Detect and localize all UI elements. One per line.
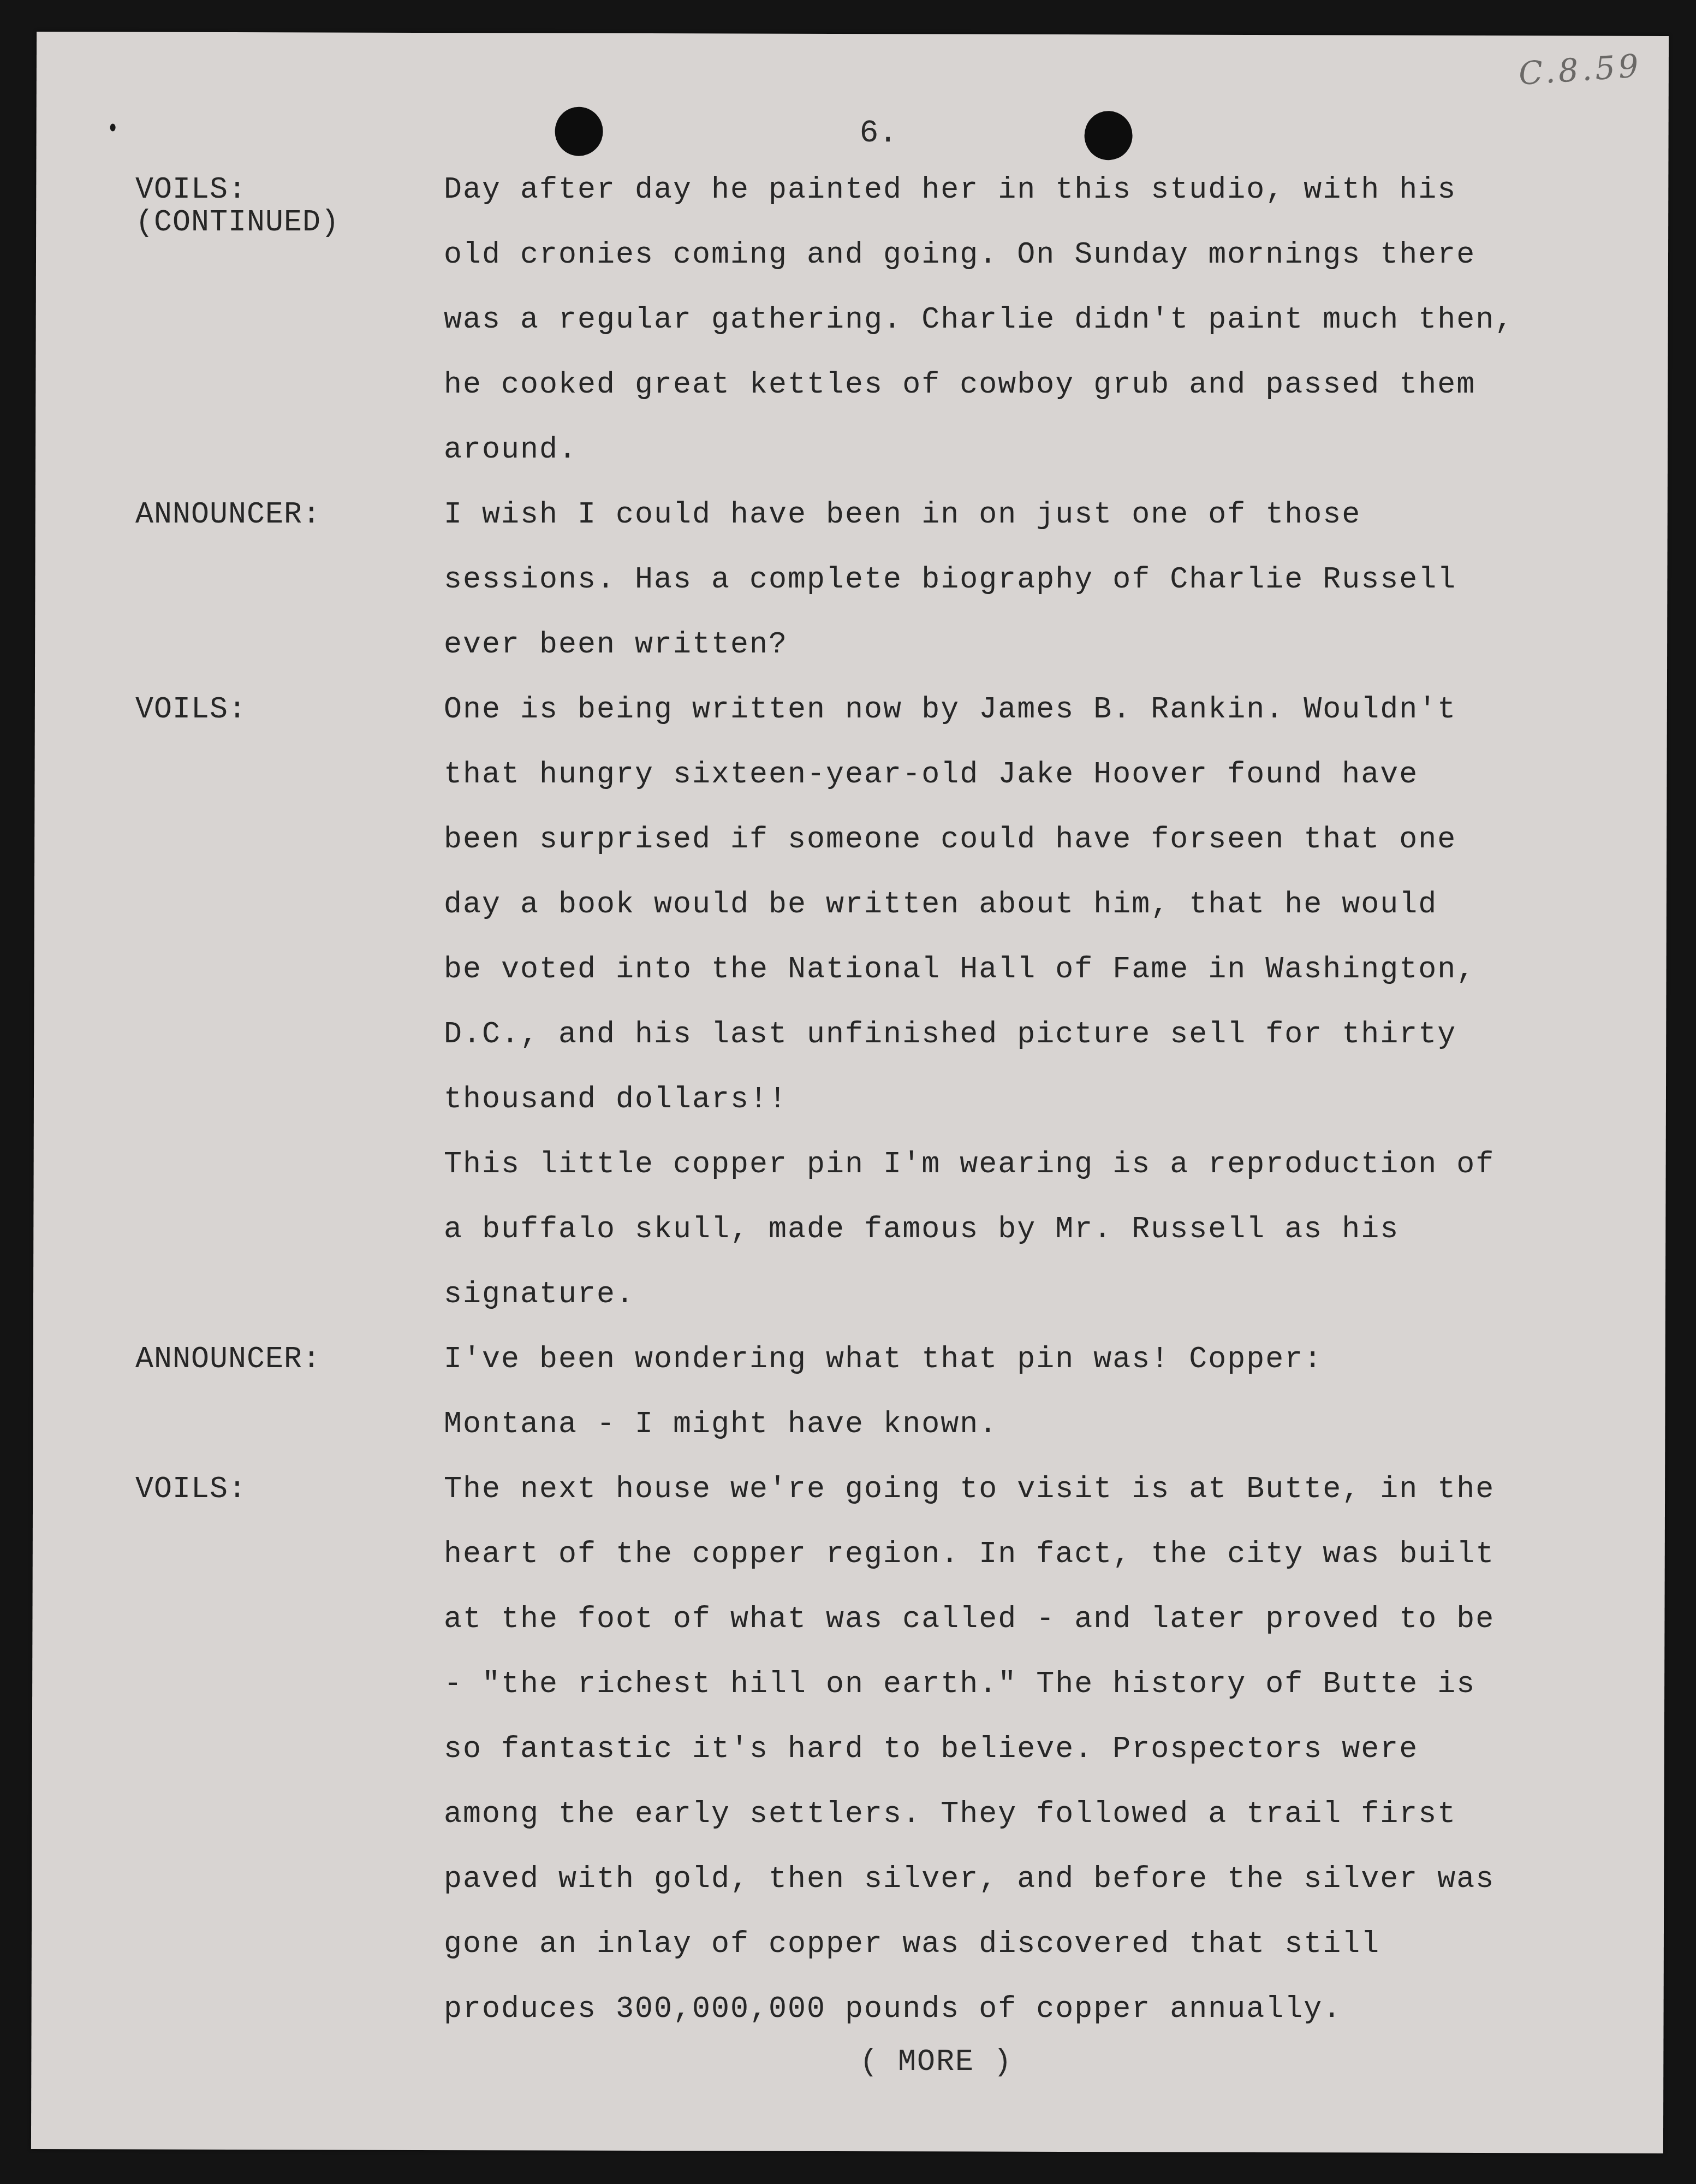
- dialogue-line: D.C., and his last unfinished picture se…: [444, 1002, 1609, 1067]
- punch-hole-icon: [555, 107, 603, 156]
- dialogue-line: I've been wondering what that pin was! C…: [444, 1327, 1609, 1392]
- dialogue-text: I wish I could have been in on just one …: [444, 482, 1609, 677]
- speaker-label: VOILS:: [135, 1457, 444, 1506]
- speaker-name: ANNOUNCER:: [135, 498, 444, 531]
- dialogue-line: among the early settlers. They followed …: [444, 1782, 1609, 1847]
- dialogue-block: VOILS:One is being written now by James …: [135, 677, 1609, 1327]
- dialogue-block: ANNOUNCER:I've been wondering what that …: [135, 1327, 1609, 1457]
- speaker-name: VOILS:: [135, 174, 444, 206]
- dialogue-line: a buffalo skull, made famous by Mr. Russ…: [444, 1197, 1609, 1262]
- dialogue-line: I wish I could have been in on just one …: [444, 482, 1609, 547]
- continuation-marker: ( MORE ): [860, 2045, 1013, 2079]
- speaker-name: VOILS:: [135, 693, 444, 726]
- speaker-name: ANNOUNCER:: [135, 1343, 444, 1376]
- speaker-name: VOILS:: [135, 1473, 444, 1506]
- dialogue-text: Day after day he painted her in this stu…: [444, 157, 1609, 482]
- dialogue-block: VOILS:The next house we're going to visi…: [135, 1457, 1609, 2041]
- dialogue-line: This little copper pin I'm wearing is a …: [444, 1132, 1609, 1197]
- dialogue-line: One is being written now by James B. Ran…: [444, 677, 1609, 742]
- page-number: 6.: [860, 116, 898, 151]
- dialogue-line: so fantastic it's hard to believe. Prosp…: [444, 1717, 1609, 1782]
- dialogue-line: Montana - I might have known.: [444, 1392, 1609, 1457]
- handwritten-catalog-note: C.8.59: [1518, 47, 1643, 92]
- dialogue-line: day a book would be written about him, t…: [444, 872, 1609, 937]
- dialogue-line: Day after day he painted her in this stu…: [444, 157, 1609, 222]
- punch-hole-icon: [1084, 111, 1132, 160]
- speaker-note: (CONTINUED): [135, 206, 444, 239]
- dialogue-line: paved with gold, then silver, and before…: [444, 1847, 1609, 1912]
- dialogue-line: was a regular gathering. Charlie didn't …: [444, 287, 1609, 352]
- dialogue-line: signature.: [444, 1262, 1609, 1327]
- dialogue-line: thousand dollars!!: [444, 1067, 1609, 1132]
- ink-dot: [110, 123, 116, 131]
- dialogue-line: around.: [444, 417, 1609, 482]
- dialogue-text: I've been wondering what that pin was! C…: [444, 1327, 1609, 1457]
- dialogue-line: old cronies coming and going. On Sunday …: [444, 222, 1609, 287]
- dialogue-line: produces 300,000,000 pounds of copper an…: [444, 1977, 1609, 2041]
- dialogue-line: - "the richest hill on earth." The histo…: [444, 1652, 1609, 1717]
- dialogue-line: gone an inlay of copper was discovered t…: [444, 1912, 1609, 1977]
- dialogue-text: One is being written now by James B. Ran…: [444, 677, 1609, 1327]
- dialogue-line: The next house we're going to visit is a…: [444, 1457, 1609, 1522]
- dialogue-line: be voted into the National Hall of Fame …: [444, 937, 1609, 1002]
- speaker-label: ANNOUNCER:: [135, 1327, 444, 1376]
- dialogue-line: that hungry sixteen-year-old Jake Hoover…: [444, 742, 1609, 807]
- dialogue-line: at the foot of what was called - and lat…: [444, 1587, 1609, 1652]
- speaker-label: VOILS:(CONTINUED): [135, 157, 444, 239]
- speaker-label: ANNOUNCER:: [135, 482, 444, 531]
- dialogue-line: heart of the copper region. In fact, the…: [444, 1522, 1609, 1587]
- dialogue-line: sessions. Has a complete biography of Ch…: [444, 547, 1609, 612]
- dialogue-line: been surprised if someone could have for…: [444, 807, 1609, 872]
- dialogue-line: he cooked great kettles of cowboy grub a…: [444, 352, 1609, 417]
- dialogue-block: VOILS:(CONTINUED)Day after day he painte…: [135, 157, 1609, 482]
- dialogue-text: The next house we're going to visit is a…: [444, 1457, 1609, 2041]
- dialogue-block: ANNOUNCER:I wish I could have been in on…: [135, 482, 1609, 677]
- speaker-label: VOILS:: [135, 677, 444, 726]
- dialogue-line: ever been written?: [444, 612, 1609, 677]
- script-body: VOILS:(CONTINUED)Day after day he painte…: [135, 157, 1609, 2041]
